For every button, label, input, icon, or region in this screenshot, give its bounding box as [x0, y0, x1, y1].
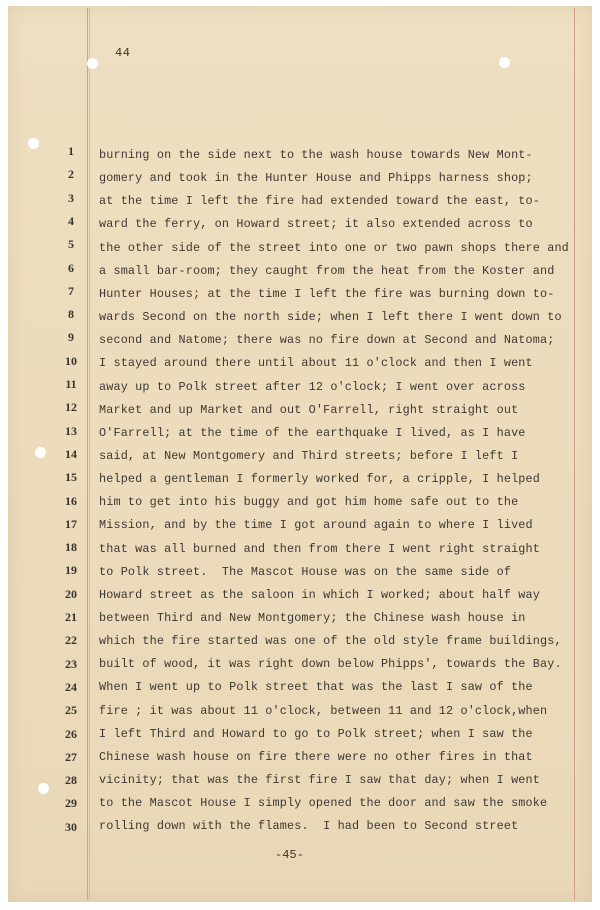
line-number: 26	[58, 727, 84, 742]
line-number: 3	[58, 191, 84, 206]
text-line: Chinese wash house on fire there were no…	[99, 750, 533, 764]
line-number: 2	[58, 167, 84, 182]
line-number: 21	[58, 610, 84, 625]
text-line: I left Third and Howard to go to Polk st…	[99, 727, 533, 741]
line-number: 18	[58, 540, 84, 555]
text-line: ward the ferry, on Howard street; it als…	[99, 217, 533, 231]
line-number: 25	[58, 703, 84, 718]
line-number: 11	[58, 377, 84, 392]
line-number: 17	[58, 517, 84, 532]
line-number: 8	[58, 307, 84, 322]
text-line: away up to Polk street after 12 o'clock;…	[99, 380, 526, 394]
text-line: vicinity; that was the first fire I saw …	[99, 773, 540, 787]
text-line: the other side of the street into one or…	[99, 241, 569, 255]
line-number: 1	[58, 144, 84, 159]
line-number: 28	[58, 773, 84, 788]
left-margin-rule	[87, 8, 88, 900]
line-number: 7	[58, 284, 84, 299]
text-line: built of wood, it was right down below P…	[99, 657, 562, 671]
text-line: said, at New Montgomery and Third street…	[99, 449, 518, 463]
punch-hole	[35, 447, 46, 458]
text-line: Mission, and by the time I got around ag…	[99, 518, 533, 532]
text-line: to the Mascot House I simply opened the …	[99, 796, 547, 810]
text-line: I stayed around there until about 11 o'c…	[99, 356, 533, 370]
text-line: wards Second on the north side; when I l…	[99, 310, 562, 324]
text-line: to Polk street. The Mascot House was on …	[99, 565, 511, 579]
page-number-top: 44	[115, 46, 130, 60]
line-number: 24	[58, 680, 84, 695]
line-number: 5	[58, 237, 84, 252]
text-line: Market and up Market and out O'Farrell, …	[99, 403, 518, 417]
text-line: O'Farrell; at the time of the earthquake…	[99, 426, 526, 440]
text-line: helped a gentleman I formerly worked for…	[99, 472, 540, 486]
text-line: him to get into his buggy and got him ho…	[99, 495, 518, 509]
line-number: 20	[58, 587, 84, 602]
text-line: Howard street as the saloon in which I w…	[99, 588, 540, 602]
text-line: gomery and took in the Hunter House and …	[99, 171, 533, 185]
line-number: 9	[58, 330, 84, 345]
line-number: 19	[58, 563, 84, 578]
line-number: 30	[58, 820, 84, 835]
text-line: which the fire started was one of the ol…	[99, 634, 562, 648]
line-number: 10	[58, 354, 84, 369]
line-number: 12	[58, 400, 84, 415]
text-line: that was all burned and then from there …	[99, 542, 540, 556]
text-line: a small bar-room; they caught from the h…	[99, 264, 554, 278]
punch-hole	[28, 138, 39, 149]
text-line: fire ; it was about 11 o'clock, between …	[99, 704, 547, 718]
text-line: second and Natome; there was no fire dow…	[99, 333, 554, 347]
line-number: 16	[58, 494, 84, 509]
text-line: between Third and New Montgomery; the Ch…	[99, 611, 526, 625]
punch-hole	[38, 783, 49, 794]
line-number: 22	[58, 633, 84, 648]
text-line: at the time I left the fire had extended…	[99, 194, 540, 208]
line-number: 23	[58, 657, 84, 672]
line-number: 4	[58, 214, 84, 229]
line-number: 13	[58, 424, 84, 439]
line-number: 27	[58, 750, 84, 765]
text-line: burning on the side next to the wash hou…	[99, 148, 533, 162]
line-number: 15	[58, 470, 84, 485]
page-number-bottom: -45-	[275, 848, 304, 862]
punch-hole	[499, 57, 510, 68]
right-margin-rule	[574, 8, 575, 900]
text-line: When I went up to Polk street that was t…	[99, 680, 533, 694]
line-number: 6	[58, 261, 84, 276]
line-number: 14	[58, 447, 84, 462]
punch-hole	[87, 58, 98, 69]
line-number: 29	[58, 796, 84, 811]
text-line: Hunter Houses; at the time I left the fi…	[99, 287, 554, 301]
text-line: rolling down with the flames. I had been…	[99, 819, 518, 833]
